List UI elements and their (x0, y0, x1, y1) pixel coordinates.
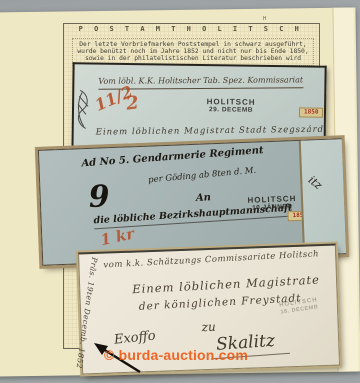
description-line-3: sowie in der philatelistischen Literatur… (73, 55, 313, 62)
exoffo-note: Exoffo (113, 328, 156, 347)
year-tag-1850: 1850 (299, 107, 324, 117)
ink-sketch-icon (74, 86, 97, 137)
crayon-flourish: 2 (125, 92, 140, 114)
description-box: Der letzte Vorbriefmarken Poststempel in… (72, 38, 314, 66)
address-line: Einem löblichen Magistrat Stadt Szegszár… (96, 125, 324, 138)
postmark-date: 29. DECEMB (196, 106, 266, 114)
script-fragment: itz (306, 173, 325, 192)
cover-fold-panel: itz (299, 139, 346, 255)
sender-line: vom k.k. Schätzungs Commissariate Holits… (103, 249, 319, 270)
page-title: P O S T A M T H O L I T S C H (63, 25, 318, 33)
postmark-1851: HOLITSCH 10 JÄNNER (239, 195, 306, 213)
description-line-2: wurde benützt noch im Jahre 1852 und nic… (73, 48, 313, 55)
address-line-1: Ad No 5. Gendarmerie Regiment (81, 145, 264, 169)
address-line-2: per Göding ab 8ten d. M. (148, 166, 257, 186)
postmark-1850: HOLITSCH 29. DECEMB (196, 98, 266, 114)
page-corner-mark: H (263, 16, 266, 22)
watermark-text: © burda-auction.com (104, 347, 248, 363)
description-line-1: Der letzte Vorbriefmarken Poststempel in… (73, 41, 313, 48)
manuscript-numeral: 9 (88, 182, 110, 213)
address-an: An (196, 192, 211, 204)
address-zu: zu (201, 320, 216, 334)
